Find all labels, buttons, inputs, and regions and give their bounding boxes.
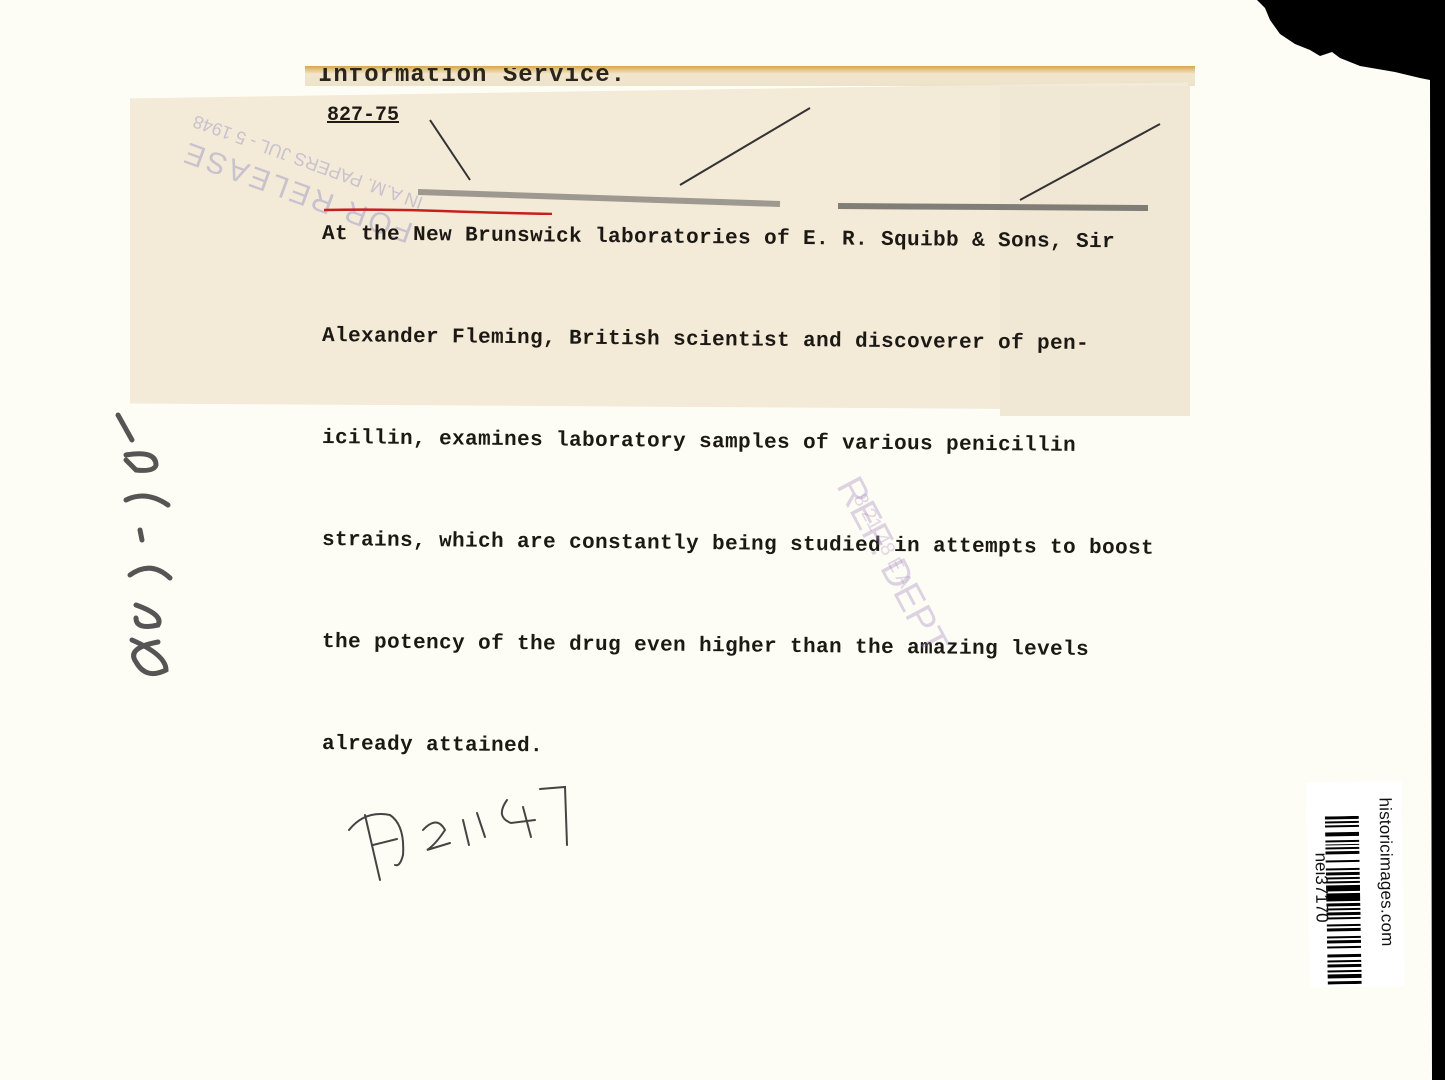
red-underline-mark [322, 207, 554, 215]
barcode-site-text: historicimages.com [1366, 797, 1397, 977]
barcode-id-text: nei37170 [1306, 852, 1332, 982]
caption-line: strains, which are constantly being stud… [322, 524, 1242, 568]
caption-line: already attained. [322, 728, 1242, 772]
caption-line: icillin, examines laboratory samples of … [322, 422, 1242, 466]
caption-line: the potency of the drug even higher than… [322, 626, 1242, 670]
caption-line: Alexander Fleming, British scientist and… [322, 320, 1242, 364]
handwritten-accession-number: A21147 [335, 775, 585, 890]
caption-line: At the New Brunswick laboratories of E. … [322, 218, 1242, 262]
caption-body: At the New Brunswick laboratories of E. … [322, 150, 1242, 796]
handwritten-side-number: 827-75 [96, 400, 206, 720]
reference-number: 827-75 [327, 104, 399, 127]
barcode-label: historicimages.com nei37170 [1306, 781, 1405, 988]
